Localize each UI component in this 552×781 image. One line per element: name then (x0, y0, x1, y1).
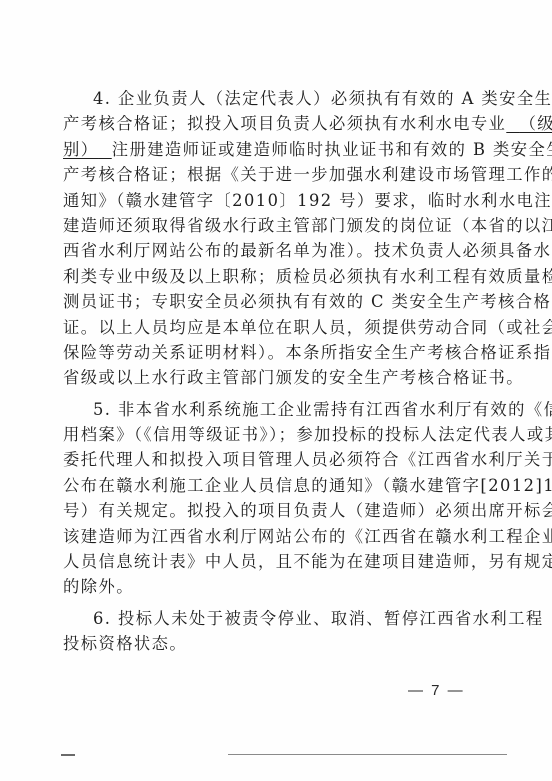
paragraph-line: 建造师还须取得省级水行政主管部门颁发的岗位证（本省的以江 (63, 213, 489, 238)
footer-rule (228, 754, 507, 755)
paragraph-4: 4. 企业负责人（法定代表人）必须执有有效的 A 类安全生 产考核合格证；拟投入… (63, 86, 489, 391)
page-number: — 7 — (408, 682, 465, 699)
document-body: 4. 企业负责人（法定代表人）必须执有有效的 A 类安全生 产考核合格证；拟投入… (63, 86, 489, 657)
document-page: 4. 企业负责人（法定代表人）必须执有有效的 A 类安全生 产考核合格证；拟投入… (0, 0, 552, 781)
paragraph-line: 公布在赣水利施工企业人员信息的通知》（赣水建管字[2012]133 (63, 473, 489, 498)
paragraph-line: 测员证书；专职安全员必须执有有效的 C 类安全生产考核合格 (63, 289, 489, 314)
paragraph-line: 委托代理人和拟投入项目管理人员必须符合《江西省水利厅关于 (63, 447, 489, 472)
line-text: 产考核合格证；拟投入项目负责人必须执有水利水电专业 (63, 114, 506, 133)
paragraph-line: 产考核合格证；拟投入项目负责人必须执有水利水电专业 （级 (63, 111, 489, 136)
paragraph-5: 5. 非本省水利系统施工企业需持有江西省水利厅有效的《信 用档案》（《信用等级证… (63, 397, 489, 600)
paragraph-6: 6. 投标人未处于被责令停业、取消、暂停江西省水利工程 投标资格状态。 (63, 606, 489, 657)
paragraph-line: 产考核合格证；根据《关于进一步加强水利建设市场管理工作的 (63, 162, 489, 187)
paragraph-line: 利类专业中级及以上职称；质检员必须执有水利工程有效质量检 (63, 264, 489, 289)
paragraph-line: 保险等劳动关系证明材料）。本条所指安全生产考核合格证系指 (63, 340, 489, 365)
footer-mark (61, 754, 75, 756)
paragraph-line: 省级或以上水行政主管部门颁发的安全生产考核合格证书。 (63, 365, 489, 390)
paragraph-line: 别） 注册建造师证或建造师临时执业证书和有效的 B 类安全生 (63, 137, 489, 162)
paragraph-line: 用档案》（《信用等级证书》）；参加投标的投标人法定代表人或其 (63, 422, 489, 447)
paragraph-line: 号）有关规定。拟投入的项目负责人（建造师）必须出席开标会。 (63, 498, 489, 523)
paragraph-line: 西省水利厅网站公布的最新名单为准）。技术负责人必须具备水 (63, 238, 489, 263)
underlined-blank: 别） (63, 140, 112, 159)
paragraph-line: 6. 投标人未处于被责令停业、取消、暂停江西省水利工程 (63, 606, 489, 631)
line-text: 注册建造师证或建造师临时执业证书和有效的 B 类安全生 (112, 140, 552, 159)
paragraph-line: 4. 企业负责人（法定代表人）必须执有有效的 A 类安全生 (63, 86, 489, 111)
paragraph-line: 通知》（赣水建管字〔2010〕192 号）要求，临时水利水电注册 (63, 188, 489, 213)
paragraph-line: 人员信息统计表》中人员，且不能为在建项目建造师，另有规定 (63, 549, 489, 574)
paragraph-line: 证。以上人员均应是本单位在职人员，须提供劳动合同（或社会 (63, 315, 489, 340)
paragraph-line: 投标资格状态。 (63, 631, 489, 656)
paragraph-line: 该建造师为江西省水利厅网站公布的《江西省在赣水利工程企业 (63, 524, 489, 549)
underlined-blank: （级 (506, 114, 552, 133)
paragraph-line: 的除外。 (63, 574, 489, 599)
paragraph-line: 5. 非本省水利系统施工企业需持有江西省水利厅有效的《信 (63, 397, 489, 422)
